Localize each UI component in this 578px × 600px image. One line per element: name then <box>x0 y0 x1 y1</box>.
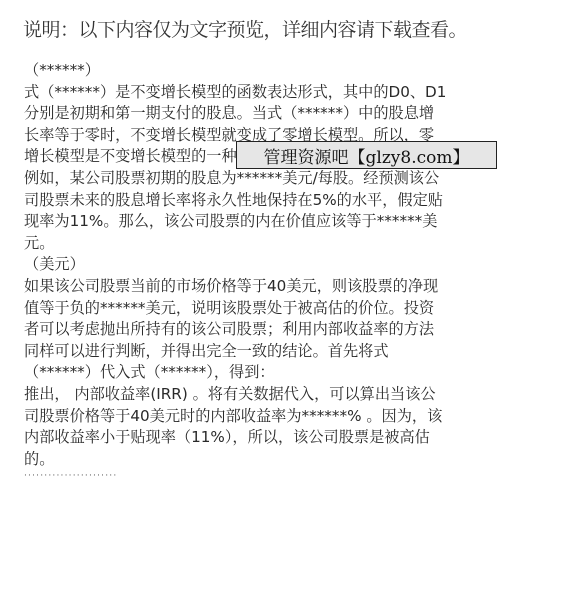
text-line: 元。 <box>24 233 564 255</box>
text-line: 司股票未来的股息增长率将永久性地保持在5%的水平，假定贴 <box>24 190 564 212</box>
preview-notice: 说明：以下内容仅为文字预览，详细内容请下载查看。 <box>23 15 467 42</box>
text-line: 同样可以进行判断，并得出完全一致的结论。首先将式 <box>24 341 564 363</box>
text-line: 的。 <box>24 449 564 471</box>
text-line: 司股票价格等于40美元时的内部收益率为******% 。因为，该 <box>24 406 564 428</box>
text-line: （美元） <box>24 254 564 276</box>
text-line: 者可以考虑抛出所持有的该公司股票；利用内部收益率的方法 <box>24 319 564 341</box>
text-line: 推出， 内部收益率(IRR) 。将有关数据代入，可以算出当该公 <box>24 384 564 406</box>
watermark-banner: 管理资源吧【glzy8.com】 <box>236 141 497 169</box>
text-line: 分别是初期和第一期支付的股息。当式（******）中的股息增 <box>24 103 564 125</box>
text-line: 式（******）是不变增长模型的函数表达形式，其中的D0、D1 <box>24 82 564 104</box>
text-line: 内部收益率小于贴现率（11%），所以，该公司股票是被高估 <box>24 427 564 449</box>
text-line: （******） <box>24 60 564 82</box>
text-line: 如果该公司股票当前的市场价格等于40美元，则该股票的净现 <box>24 276 564 298</box>
text-line: 例如，某公司股票初期的股息为******美元/每股。经预测该公 <box>24 168 564 190</box>
ellipsis-divider: ······················· <box>24 470 564 482</box>
text-line: （******）代入式（******），得到： <box>24 362 564 384</box>
text-line: 值等于负的******美元，说明该股票处于被高估的价位。投资 <box>24 298 564 320</box>
text-line: 现率为11%。那么，该公司股票的内在价值应该等于******美 <box>24 211 564 233</box>
document-body: （******） 式（******）是不变增长模型的函数表达形式，其中的D0、D… <box>24 60 564 482</box>
